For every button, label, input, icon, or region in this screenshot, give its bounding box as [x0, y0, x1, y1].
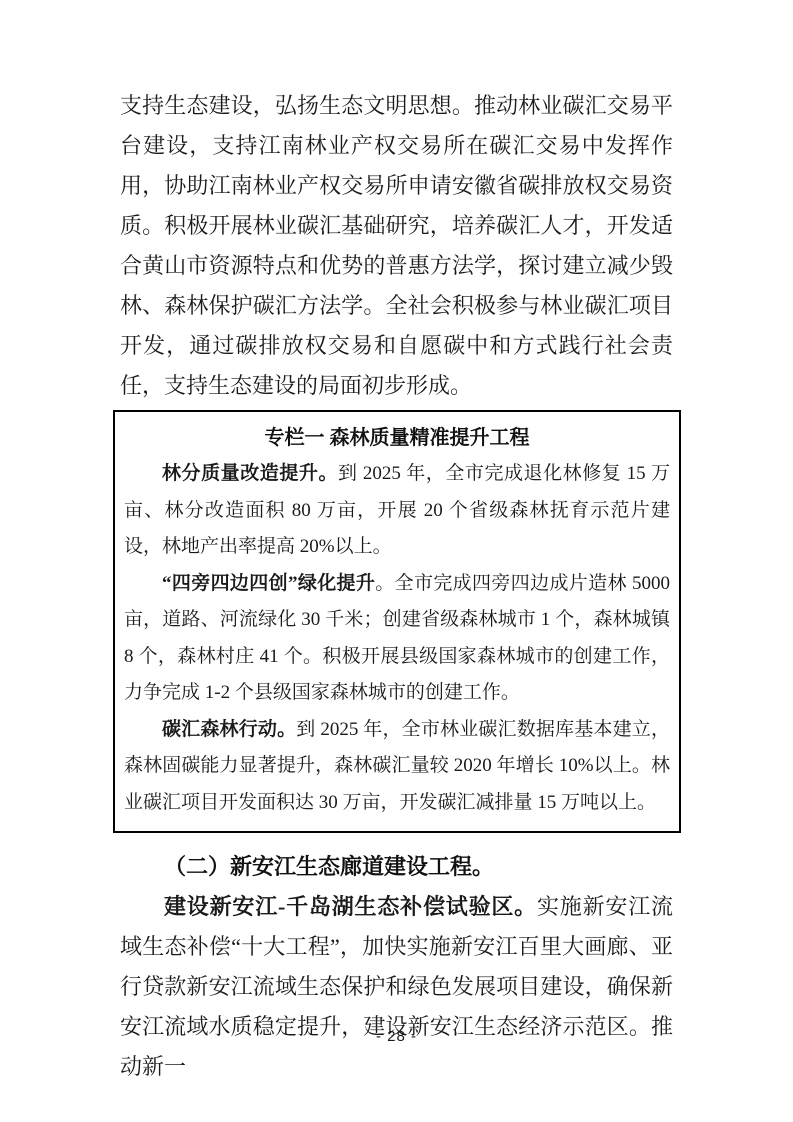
box-title: 专栏一 森林质量精准提升工程	[124, 420, 670, 456]
box-paragraph-forest-stand-improvement: 林分质量改造提升。到 2025 年，全市完成退化林修复 15 万亩、林分改造面积…	[124, 456, 670, 566]
box-paragraph-lead: 林分质量改造提升。	[162, 463, 338, 484]
box-paragraph-greening-improvement: “四旁四边四创”绿化提升。全市完成四旁四边成片造林 5000 亩，道路、河流绿化…	[124, 566, 670, 712]
box-paragraph-lead: “四旁四边四创”绿化提升	[162, 573, 375, 594]
document-page: 支持生态建设，弘扬生态文明思想。推动林业碳汇交易平台建设，支持江南林业产权交易所…	[0, 0, 793, 1122]
box-paragraph-lead: 碳汇森林行动。	[162, 719, 296, 740]
section-paragraph-compensation-zone: 建设新安江-千岛湖生态补偿试验区。实施新安江流域生态补偿“十大工程”，加快实施新…	[120, 887, 673, 1087]
body-paragraph-carbon-trading: 支持生态建设，弘扬生态文明思想。推动林业碳汇交易平台建设，支持江南林业产权交易所…	[120, 86, 673, 406]
feature-box-forest-quality-project: 专栏一 森林质量精准提升工程 林分质量改造提升。到 2025 年，全市完成退化林…	[113, 410, 681, 833]
box-paragraph-carbon-sink-forest-action: 碳汇森林行动。到 2025 年，全市林业碳汇数据库基本建立，森林固碳能力显著提升…	[124, 712, 670, 822]
page-number: - 28 -	[0, 1028, 793, 1045]
section-heading-xinanjiang-corridor: （二）新安江生态廊道建设工程。	[120, 847, 673, 887]
section-paragraph-text: 实施新安江流域生态补偿“十大工程”，加快实施新安江百里大画廊、亚行贷款新安江流域…	[120, 894, 673, 1079]
page-content: 支持生态建设，弘扬生态文明思想。推动林业碳汇交易平台建设，支持江南林业产权交易所…	[120, 86, 673, 1087]
section-paragraph-lead: 建设新安江-千岛湖生态补偿试验区。	[164, 894, 537, 919]
